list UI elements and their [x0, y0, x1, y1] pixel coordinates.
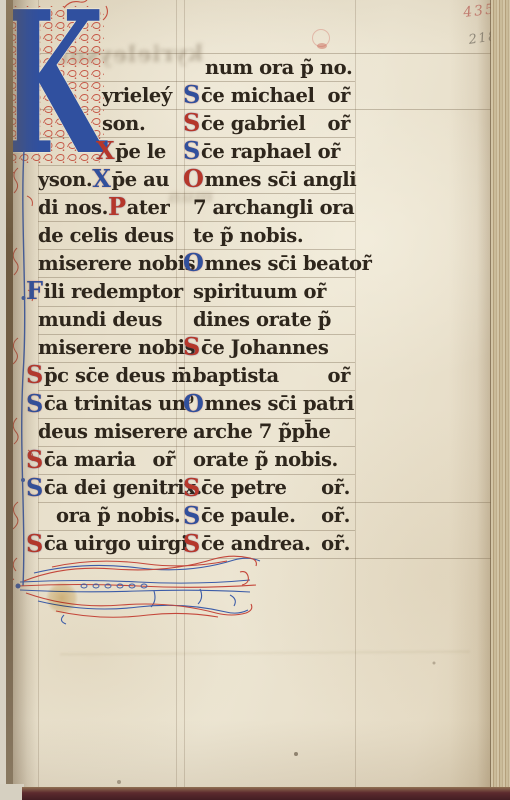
litany-line: di nos. Pater	[38, 193, 180, 221]
line-text: c̄e petre	[201, 476, 287, 499]
line-text: yrieleý	[102, 84, 172, 107]
litany-line: Omnes sc̄i beator̃	[183, 249, 355, 277]
book-cover-edge	[22, 787, 510, 800]
litany-line: son.	[38, 109, 180, 137]
versal-initial: X	[92, 167, 110, 191]
response-abbreviation: or̃	[328, 364, 355, 387]
line-text: deus miserere	[38, 420, 188, 443]
litany-line: Sc̄e Johannes	[183, 333, 355, 361]
response-abbreviation: or̃.	[321, 504, 355, 527]
litany-line: yrieleý	[38, 81, 180, 109]
litany-line: miserere nobis	[38, 249, 180, 277]
litany-line: Xp̄e le	[38, 137, 180, 165]
photo-background-corner	[0, 784, 24, 800]
line-text: de celis deus	[38, 224, 174, 247]
versal-initial: O	[183, 167, 204, 191]
line-text: mnes sc̄i beator̃	[205, 252, 372, 275]
line-text: p̄c sc̄e deus m̄.	[44, 364, 198, 387]
litany-line: Sc̄a dei genitrix.	[26, 474, 180, 502]
line-text: c̄a maria	[44, 448, 136, 471]
line-text: ater	[127, 196, 170, 219]
line-text: arche 7 p̃ph̄e	[193, 420, 331, 443]
versal-initial: S	[183, 532, 200, 556]
litany-line: miserere nobis	[38, 333, 180, 361]
line-text: p̄e le	[115, 140, 166, 163]
litany-line: Sc̄e michaelor̃	[183, 81, 355, 109]
line-text: c̄e Johannes	[201, 336, 328, 359]
gutter-shadow	[13, 0, 39, 795]
litany-line: num ora p̃ no.	[183, 53, 355, 81]
manuscript-page: kyrieleyson mun K	[0, 0, 510, 800]
litany-line: ora p̃ nobis.	[38, 502, 180, 530]
line-text: c̄e raphael or̃	[201, 140, 340, 163]
line-text: yson.	[38, 168, 92, 191]
litany-line: 7 archangli ora	[183, 193, 355, 221]
parchment-stain	[46, 582, 78, 614]
litany-line: spirituum or̃	[183, 277, 355, 305]
line-text: c̄a dei genitrix.	[44, 476, 202, 499]
litany-line: de celis deus	[38, 221, 180, 249]
line-text: c̄e gabriel	[201, 112, 305, 135]
litany-line: Sp̄c sc̄e deus m̄.	[26, 361, 180, 389]
line-text: ora p̃ nobis.	[56, 504, 180, 527]
line-text: p̄e au	[112, 168, 170, 191]
line-text: orate p̃ nobis.	[193, 448, 338, 471]
litany-line: Sc̄e petreor̃.	[183, 474, 355, 502]
left-text-column: yrieleýson.Xp̄e leyson. Xp̄e audi nos. P…	[38, 81, 180, 558]
parchment-crease	[60, 651, 470, 656]
line-text: c̄e paule.	[201, 504, 296, 527]
litany-line: Fili redemptor	[26, 277, 180, 305]
litany-line: Sc̄a uirgo uirgi	[26, 530, 180, 558]
response-abbreviation: or̃	[153, 448, 180, 471]
versal-initial: S	[183, 139, 200, 163]
versal-initial: O	[183, 251, 204, 275]
response-abbreviation: or̃	[328, 112, 355, 135]
line-text: miserere nobis	[38, 252, 195, 275]
line-text: num ora p̃ no.	[205, 56, 352, 79]
litany-line: mundi deus	[38, 305, 180, 333]
line-text: mnes sc̄i angli	[205, 168, 357, 191]
line-text: c̄a trinitas un⁹	[44, 392, 194, 415]
response-abbreviation: or̃.	[321, 532, 355, 555]
versal-initial: O	[183, 392, 204, 416]
ruled-line-vertical	[355, 0, 356, 787]
line-text: mundi deus	[38, 308, 162, 331]
litany-line: Sc̄e andrea.or̃.	[183, 530, 355, 558]
litany-line: arche 7 p̃ph̄e	[183, 418, 355, 446]
litany-line: Sc̄e raphael or̃	[183, 137, 355, 165]
versal-initial: S	[183, 111, 200, 135]
versal-initial: S	[183, 83, 200, 107]
line-text: 7 archangli ora	[193, 196, 354, 219]
litany-line: Sc̄e paule.or̃.	[183, 502, 355, 530]
litany-line: Omnes sc̄i patri	[183, 390, 355, 418]
litany-line: baptistaor̃	[183, 362, 355, 390]
line-text: te p̃ nobis.	[193, 224, 303, 247]
line-text: baptista	[193, 364, 279, 387]
line-text: c̄e michael	[201, 84, 315, 107]
versal-initial: S	[183, 335, 200, 359]
response-abbreviation: or̃	[328, 84, 355, 107]
litany-line: te p̃ nobis.	[183, 221, 355, 249]
litany-line: Sc̄a trinitas un⁹	[26, 390, 180, 418]
litany-line: Sc̄a mariaor̃	[26, 446, 180, 474]
litany-line: yson. Xp̄e au	[38, 165, 180, 193]
line-text: dines orate p̃	[193, 308, 331, 331]
line-text: son.	[102, 112, 145, 135]
response-abbreviation: or̃.	[321, 476, 355, 499]
line-text: ili redemptor	[44, 280, 183, 303]
right-text-column: num ora p̃ no.Sc̄e michaelor̃Sc̄e gabrie…	[183, 53, 355, 558]
versal-initial: P	[108, 195, 126, 219]
page-curve-shadow	[477, 0, 491, 800]
page-edges	[491, 0, 510, 800]
versal-initial: X	[96, 139, 114, 163]
versal-initial: S	[183, 504, 200, 528]
line-text: di nos.	[38, 196, 108, 219]
litany-line: deus miserere	[38, 418, 180, 446]
binding-gutter	[6, 0, 13, 795]
line-text: miserere nobis	[38, 336, 195, 359]
litany-line: Sc̄e gabrielor̃	[183, 109, 355, 137]
versal-initial: S	[183, 476, 200, 500]
line-text: mnes sc̄i patri	[205, 392, 354, 415]
litany-line: orate p̃ nobis.	[183, 446, 355, 474]
line-text: c̄a uirgo uirgi	[44, 532, 188, 555]
line-text: c̄e andrea.	[201, 532, 311, 555]
red-smudge-mark	[317, 43, 327, 49]
line-text: spirituum or̃	[193, 280, 326, 303]
litany-line: dines orate p̃	[183, 305, 355, 333]
bottom-penwork-flourish	[4, 549, 254, 625]
litany-line: Omnes sc̄i angli	[183, 165, 355, 193]
